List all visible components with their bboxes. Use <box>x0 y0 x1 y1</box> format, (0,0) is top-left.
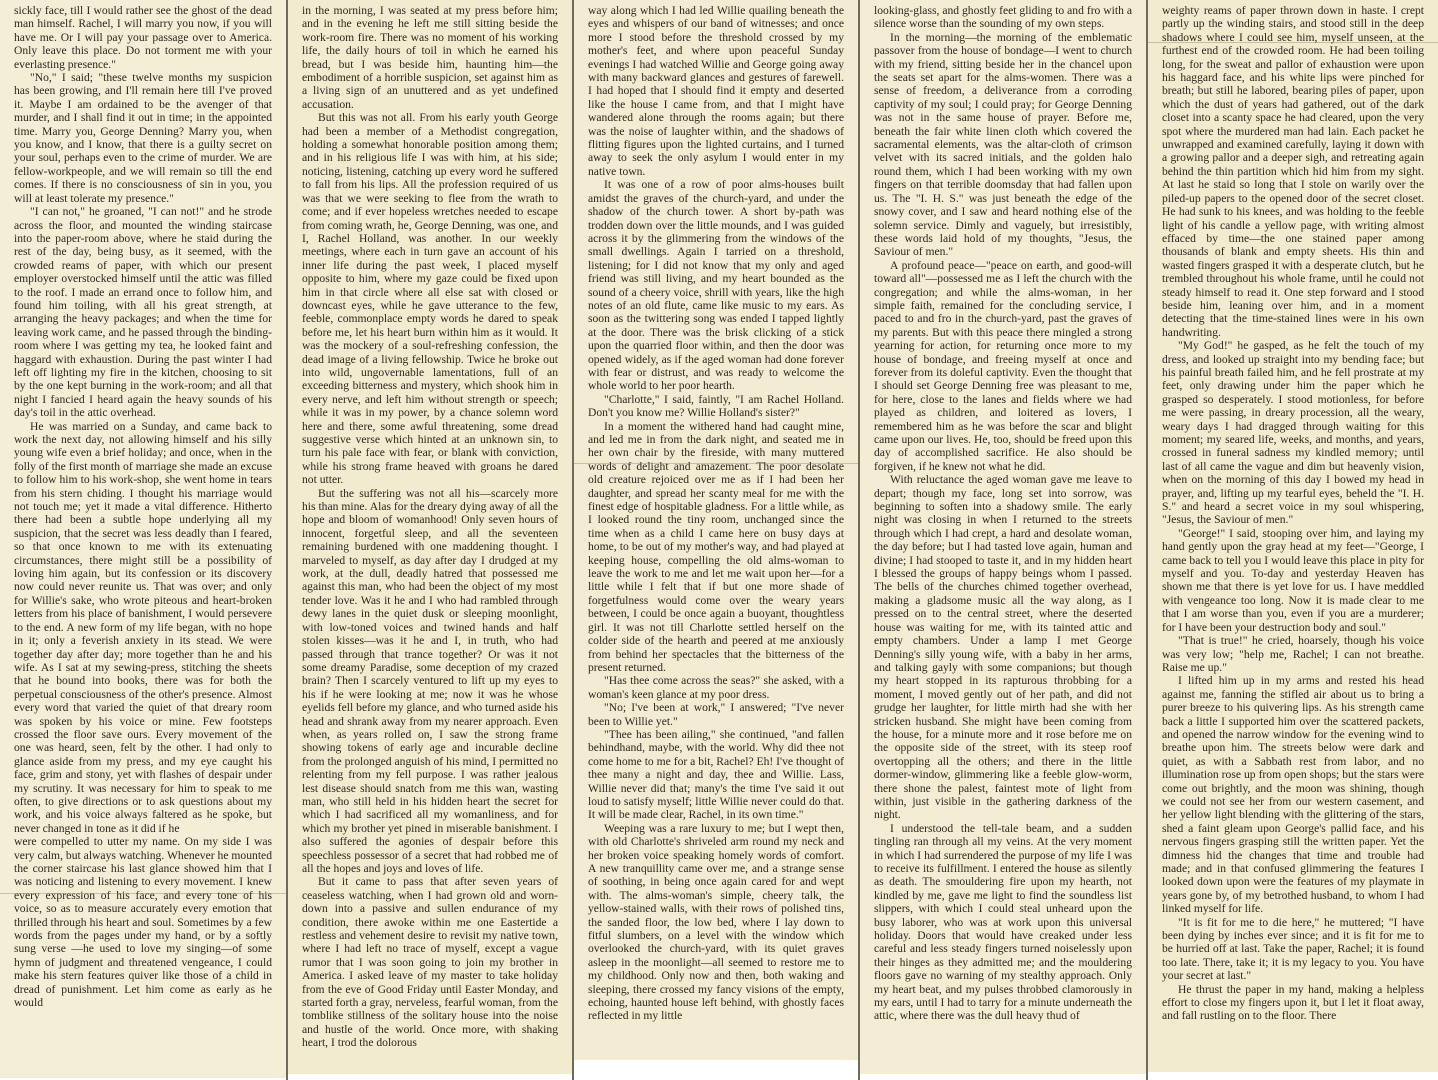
paragraph: But this was not all. From his early you… <box>302 111 558 486</box>
paragraph: He thrust the paper in my hand, making a… <box>1162 983 1424 1023</box>
page-margin <box>1148 1072 1438 1080</box>
paragraph: looking-glass, and ghostly feet gliding … <box>874 4 1132 31</box>
clipping-paste-edge <box>1148 42 1438 43</box>
paragraph: in the morning, I was seated at my press… <box>302 4 558 111</box>
paragraph: "Thee has been ailing," she continued, "… <box>588 728 844 822</box>
paragraph: But the suffering was not all his—scarce… <box>302 487 558 876</box>
page-margin <box>288 1074 572 1080</box>
column-2: in the morning, I was seated at my press… <box>288 0 574 1080</box>
paragraph: He was married on a Sunday, and came bac… <box>14 420 272 836</box>
column-4-text: looking-glass, and ghostly feet gliding … <box>874 4 1132 1023</box>
column-2-text: in the morning, I was seated at my press… <box>302 4 558 1050</box>
paragraph: "Has thee come across the seas?" she ask… <box>588 674 844 701</box>
column-3-text: way along which I had led Willie quailin… <box>588 4 844 1023</box>
paragraph: "No," I said; "these twelve months my su… <box>14 71 272 205</box>
paragraph: "No; I've been at work," I answered; "I'… <box>588 701 844 728</box>
newspaper-page: sickly face, till I would rather see the… <box>0 0 1438 1080</box>
paragraph: weighty reams of paper thrown down in ha… <box>1162 4 1424 339</box>
paragraph: A profound peace—"peace on earth, and go… <box>874 259 1132 474</box>
paragraph: sickly face, till I would rather see the… <box>14 4 272 71</box>
paragraph: Weeping was a rare luxury to me; but I w… <box>588 822 844 1023</box>
paragraph: But it came to pass that after seven yea… <box>302 875 558 1049</box>
page-margin <box>860 1074 1146 1080</box>
column-1: sickly face, till I would rather see the… <box>0 0 288 1080</box>
column-4: looking-glass, and ghostly feet gliding … <box>860 0 1148 1080</box>
paragraph: I understood the tell-tale beam, and a s… <box>874 822 1132 1023</box>
column-3: way along which I had led Willie quailin… <box>574 0 860 1080</box>
paragraph: I lifted him up in my arms and rested hi… <box>1162 674 1424 915</box>
paragraph: In a moment the withered hand had caught… <box>588 420 844 675</box>
column-5: weighty reams of paper thrown down in ha… <box>1148 0 1438 1080</box>
clipping-paste-edge <box>0 893 286 894</box>
paragraph: "My God!" he gasped, as he felt the touc… <box>1162 339 1424 527</box>
paragraph: "It is fit for me to die here," he mutte… <box>1162 916 1424 983</box>
column-5-text: weighty reams of paper thrown down in ha… <box>1162 4 1424 1023</box>
paragraph: were compelled to utter my name. On my s… <box>14 835 272 1009</box>
paragraph: "That is true!" he cried, hoarsely, thou… <box>1162 634 1424 674</box>
paragraph: In the morning—the morning of the emblem… <box>874 31 1132 259</box>
page-margin <box>574 1060 858 1080</box>
paragraph: It was one of a row of poor alms-houses … <box>588 178 844 393</box>
paragraph: way along which I had led Willie quailin… <box>588 4 844 178</box>
paragraph: "Charlotte," I said, faintly, "I am Rach… <box>588 393 844 420</box>
paragraph: "I can not," he groaned, "I can not!" an… <box>14 205 272 420</box>
column-1-text: sickly face, till I would rather see the… <box>14 4 272 1009</box>
paragraph: "George!" I said, stooping over him, and… <box>1162 527 1424 634</box>
clipping-paste-edge <box>574 463 858 464</box>
paragraph: With reluctance the aged woman gave me l… <box>874 473 1132 822</box>
